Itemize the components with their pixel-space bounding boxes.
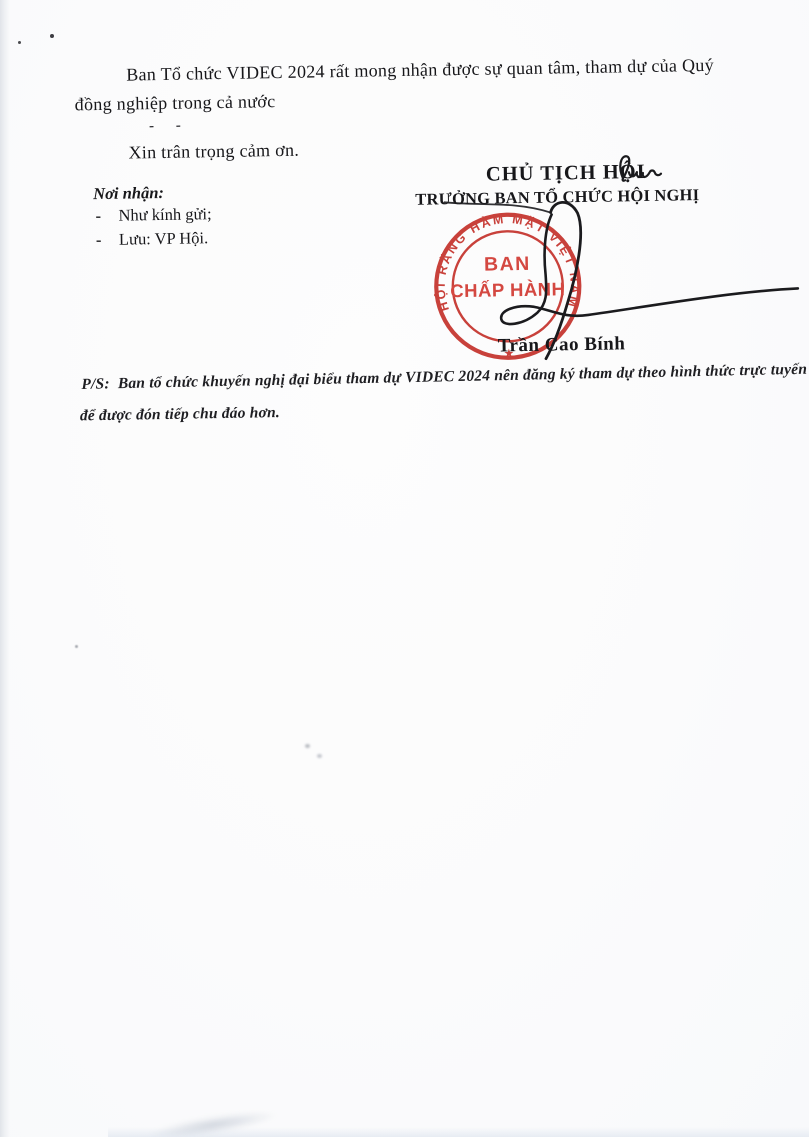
recipient-bullet: - (95, 206, 118, 226)
signer-name: Trần Cao Bính (498, 333, 626, 357)
recipient-item: -Như kính gửi; (95, 204, 211, 226)
closing-thanks-line: Xin trân trọng cảm ơn. (128, 140, 299, 164)
handwritten-initials-scribble (614, 151, 669, 188)
recipient-item: -Lưu: VP Hội. (96, 228, 208, 250)
body-paragraph-line-2: đồng nghiệp trong cả nước (75, 91, 276, 115)
recipients-heading: Nơi nhận: (93, 183, 164, 204)
body-paragraph-line-1: Ban Tổ chức VIDEC 2024 rất mong nhận đượ… (126, 55, 714, 86)
signature-entry-stroke (444, 201, 550, 215)
recipient-bullet: - (96, 230, 119, 250)
recipient-item-label: Như kính gửi; (118, 204, 211, 226)
postscript-line-2: để được đón tiếp chu đáo hơn. (80, 404, 280, 425)
recipient-item-label: Lưu: VP Hội. (119, 228, 208, 249)
letter-content: Ban Tổ chức VIDEC 2024 rất mong nhận đượ… (0, 0, 809, 1137)
handwritten-dash-marks: - - (149, 118, 190, 136)
signature-loop-and-tail-stroke (499, 210, 798, 324)
scanned-letter-page: Ban Tổ chức VIDEC 2024 rất mong nhận đượ… (0, 0, 809, 1137)
